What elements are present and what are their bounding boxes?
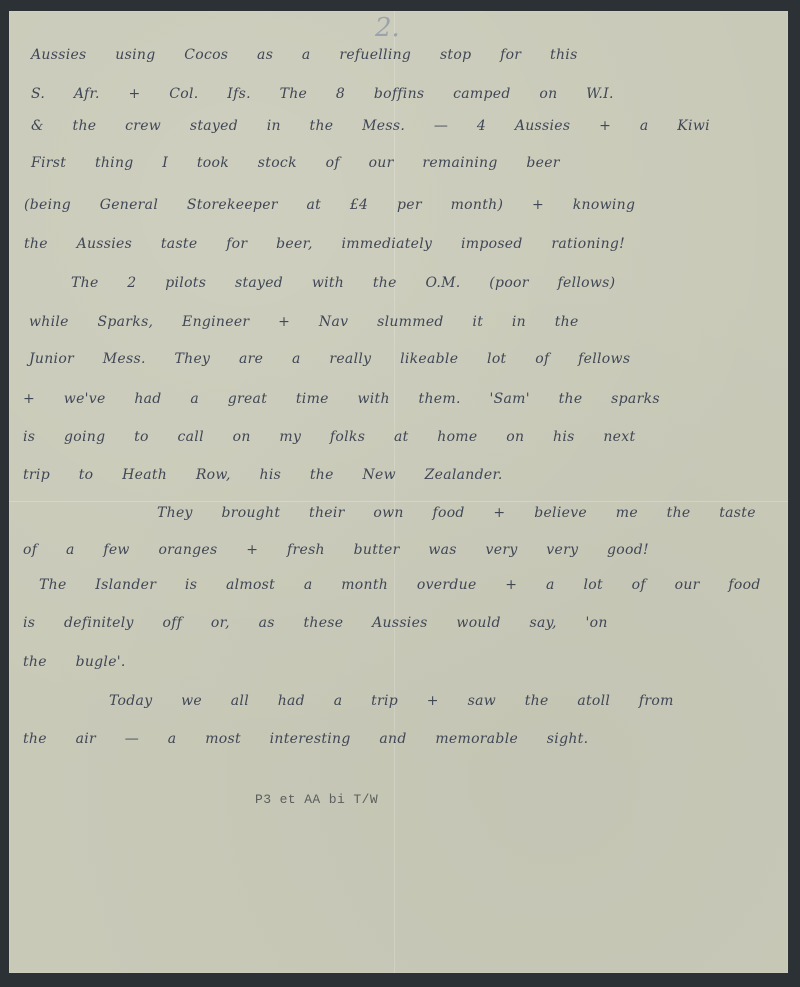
handwritten-line: while Sparks, Engineer + Nav slummed it … xyxy=(9,314,788,354)
handwritten-line: Today we all had a trip + saw the atoll … xyxy=(9,693,788,733)
handwritten-line: They brought their own food + believe me… xyxy=(9,505,788,545)
handwritten-line: Aussies using Cocos as a refuelling stop… xyxy=(9,47,788,87)
handwritten-line: the Aussies taste for beer, immediately … xyxy=(9,236,788,276)
handwritten-line: is definitely off or, as these Aussies w… xyxy=(9,615,788,655)
handwritten-line: First thing I took stock of our remainin… xyxy=(9,155,788,195)
typed-archive-annotation: P3 et AA bi T/W xyxy=(255,792,378,807)
handwritten-line: Junior Mess. They are a really likeable … xyxy=(9,351,788,391)
handwritten-line: the air — a most interesting and memorab… xyxy=(9,731,788,771)
handwritten-line: (being General Storekeeper at £4 per mon… xyxy=(9,197,788,237)
handwritten-line: is going to call on my folks at home on … xyxy=(9,429,788,469)
handwritten-line: & the crew stayed in the Mess. — 4 Aussi… xyxy=(9,118,788,158)
handwritten-line: The Islander is almost a month overdue +… xyxy=(9,577,788,617)
handwritten-line: the bugle'. xyxy=(9,654,788,694)
handwritten-line: trip to Heath Row, his the New Zealander… xyxy=(9,467,788,507)
letter-page: 2. Aussies using Cocos as a refuelling s… xyxy=(9,11,788,973)
handwritten-line: of a few oranges + fresh butter was very… xyxy=(9,542,788,582)
handwritten-line: + we've had a great time with them. 'Sam… xyxy=(9,391,788,431)
handwritten-line: The 2 pilots stayed with the O.M. (poor … xyxy=(9,275,788,315)
page-number: 2. xyxy=(375,13,400,43)
